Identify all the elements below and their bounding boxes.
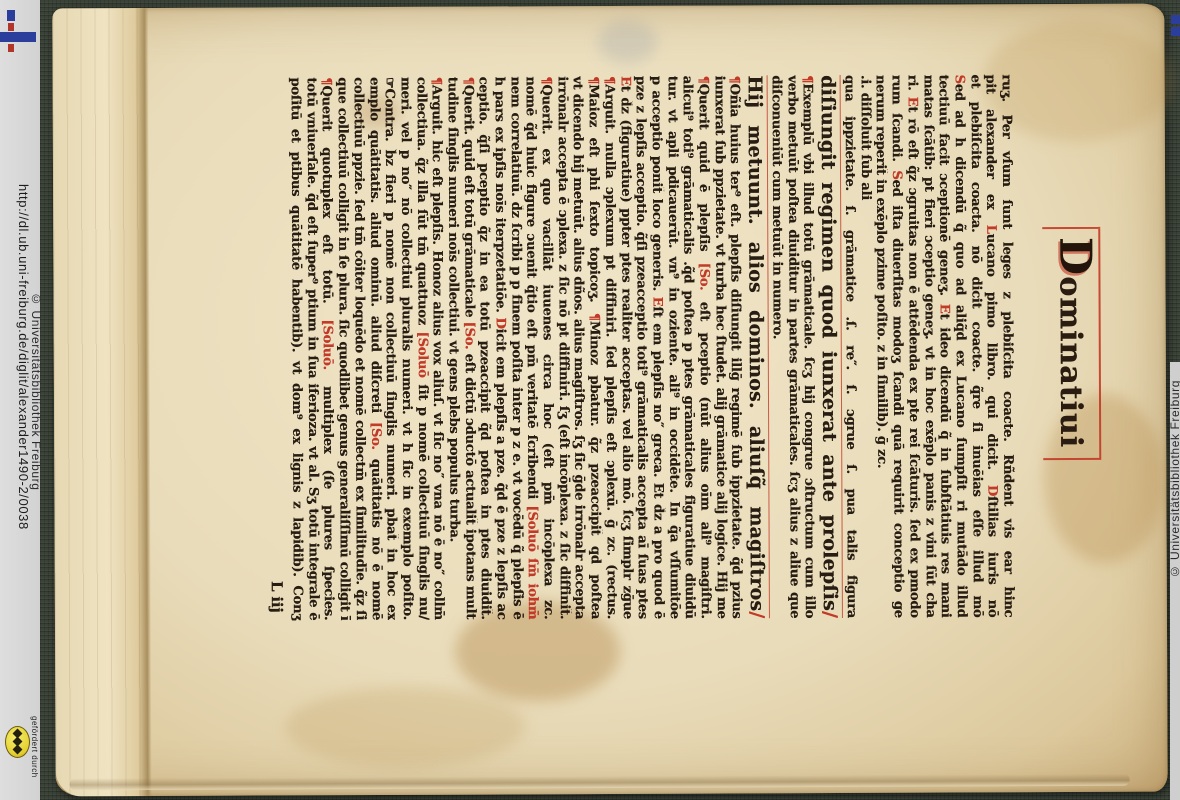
funding-label: gefördert durch xyxy=(30,716,39,778)
copyright-text: © Universitätsbibliothek Freiburg xyxy=(29,292,43,491)
registration-red-square xyxy=(8,44,14,52)
text-line: vt dicendo hij metuūt. alius dños. alius… xyxy=(569,76,587,619)
text-line: irrōnalr accepta ē ɔplexa. z ſic nō pt d… xyxy=(554,76,572,619)
text-line: et plebiſcita coacta. nō dicit coacte. q… xyxy=(967,74,985,617)
registration-blue-square xyxy=(1171,27,1180,36)
text-line: verbo metuūt poſtea diuiditur in partes … xyxy=(784,75,802,618)
text-line: nomē q̃d huic figure ɔuenit q̃tio eſt pm… xyxy=(522,76,540,619)
text-line: ¶Querit quid ē plepſis [So. eſt pceptio … xyxy=(695,76,713,619)
registration-blue-square xyxy=(7,10,15,21)
text-line: nerum reperit̃ in exēplo pzime poſito. z… xyxy=(872,75,890,618)
text-line: tur. vt apli pdicauerūt. vn⁹ in oziente.… xyxy=(664,76,682,619)
text-line: .i. diſſoluit ſub ali xyxy=(857,75,875,618)
registration-blue-bar xyxy=(0,32,36,42)
text-line: iunxerat ſub ppzietate. vt turba hec ſtu… xyxy=(711,75,729,618)
text-line: diſconueniūt cum metuūt in numero. xyxy=(768,75,786,618)
text-line: ruʒ. Per vſum ſunt leges z plebiſcita co… xyxy=(998,74,1016,617)
text-line: alicui⁹ toti⁹ grāmaticalis .q̃d poſtea p… xyxy=(679,76,697,619)
text-line: ¶Oñia huius ter⁹ eſt. plepſis diſiungit … xyxy=(726,75,744,618)
text-line: matas ſcātib: pt fieri ɔceptio geneʒ. vt… xyxy=(919,75,937,618)
verse-line: Hij metuunt. alios dominos. aliuſq̃ magi… xyxy=(742,75,770,618)
text-line: rum ſcandi. Sed iſta diuerſitas modoʒ ſc… xyxy=(888,75,906,618)
text-block: ruʒ. Per vſum ſunt leges z plebiſcita co… xyxy=(266,74,1016,620)
text-line: poſitū et ptibus quātitatē habentib). vt… xyxy=(287,77,305,620)
page-heading: Dominatiui xyxy=(1042,227,1101,460)
text-line: collectiua. q̃z illa ſūt tm̄ quattuoz [S… xyxy=(413,77,431,620)
text-line: ¶Arguit. nulla ɔplexum pt diffiniri. ſed… xyxy=(601,76,619,619)
registration-blue-square xyxy=(1171,15,1180,24)
text-line: pit alexander ex Lucano pimo libro. qui … xyxy=(982,74,1000,617)
text-line: ceptio. q̃ſi pceptio q̃z in ea totū pzea… xyxy=(475,77,493,620)
text-line: h pars ex ipſis noīs iterpzetatiōe. Dici… xyxy=(491,76,509,619)
text-line: ¶Querit. ex quo vacillāt iuuenes circa h… xyxy=(538,76,556,619)
left-calibration-strip: http://dl.ub.uni-freiburg.de/diglit/alex… xyxy=(0,0,40,800)
text-line: collectiuū ppzie. ſed tm̄ cōiter loquēdo… xyxy=(350,77,368,620)
text-line: emplo quātitatis. aliud ominū. aliud diſ… xyxy=(365,77,383,620)
text-line: tudine ſinglis numeri noīs collectiui. v… xyxy=(444,77,462,620)
funding-mark: gefördert durch xyxy=(2,710,40,790)
text-line: meri. vel p no″ nō collectiui pluralis n… xyxy=(397,77,415,620)
text-line: ri. Et rō eſt q̃z ɔgruitas non ē attēden… xyxy=(904,75,922,618)
scan-viewer: Dominatiui ruʒ. Per vſum ſunt leges z pl… xyxy=(0,0,1180,800)
text-line: ¶Maioz eſt phi ſexto topicoʒ. ¶Minoz pba… xyxy=(585,76,603,619)
quire-signature: L iij xyxy=(266,77,286,620)
text-line: que collectiuū colligit in ſe plura. ſic… xyxy=(334,77,352,620)
text-line: ¶Exemplū vbi illud totū grāmaticale. ſcʒ… xyxy=(799,75,817,618)
text-line: ¶Querit. quid eſt totū grāmaticale [So. … xyxy=(460,77,478,620)
text-line: Sed ad h dicendū q̃ quo ad aliq̃d ex Luc… xyxy=(951,74,969,617)
registration-red-square xyxy=(8,23,14,31)
text-line: p acceptio ponit̃ loco generis. Eſt em p… xyxy=(648,76,666,619)
paper-scan: Dominatiui ruʒ. Per vſum ſunt leges z pl… xyxy=(52,4,1167,797)
text-line: ☞Contra. b̃z fieri p nomē non collectiuū… xyxy=(381,77,399,620)
text-line: totū vniuerſale. q̃d eſt ſuper⁹ ptium in… xyxy=(303,77,321,620)
text-line: qua ippzietate. ſ. grāmatice .ſ. re″. ſ.… xyxy=(841,75,859,618)
right-calibration-strip: © Universitätsbibliothek Freiburg xyxy=(1170,362,1180,800)
text-line: Et d̃z (figuratiue) ppter ptes realiter … xyxy=(616,76,634,619)
text-line: ¶Querit quotuplex eſt totū. [Soluō. mult… xyxy=(318,77,336,620)
verse-line: diſiungit regimen quod iunxerat ante pro… xyxy=(815,75,843,618)
text-line: ¶Arguit. hic eſt plepſis. Honoz alius vo… xyxy=(428,77,446,620)
funding-seal-icon xyxy=(5,726,30,758)
text-line: pze z lepſis acceptio. q̃ſi pzeacceptio … xyxy=(632,76,650,619)
text-line: tectiuū facit ɔceptionē geneʒ. Et ideo d… xyxy=(935,75,953,618)
copyright-text: © Universitätsbibliothek Freiburg xyxy=(1170,380,1180,579)
text-line: nem correlatiuū. d̃z ſcribi p p finem po… xyxy=(507,76,525,619)
printed-page-content: Dominatiui ruʒ. Per vſum ſunt leges z pl… xyxy=(53,5,1166,796)
